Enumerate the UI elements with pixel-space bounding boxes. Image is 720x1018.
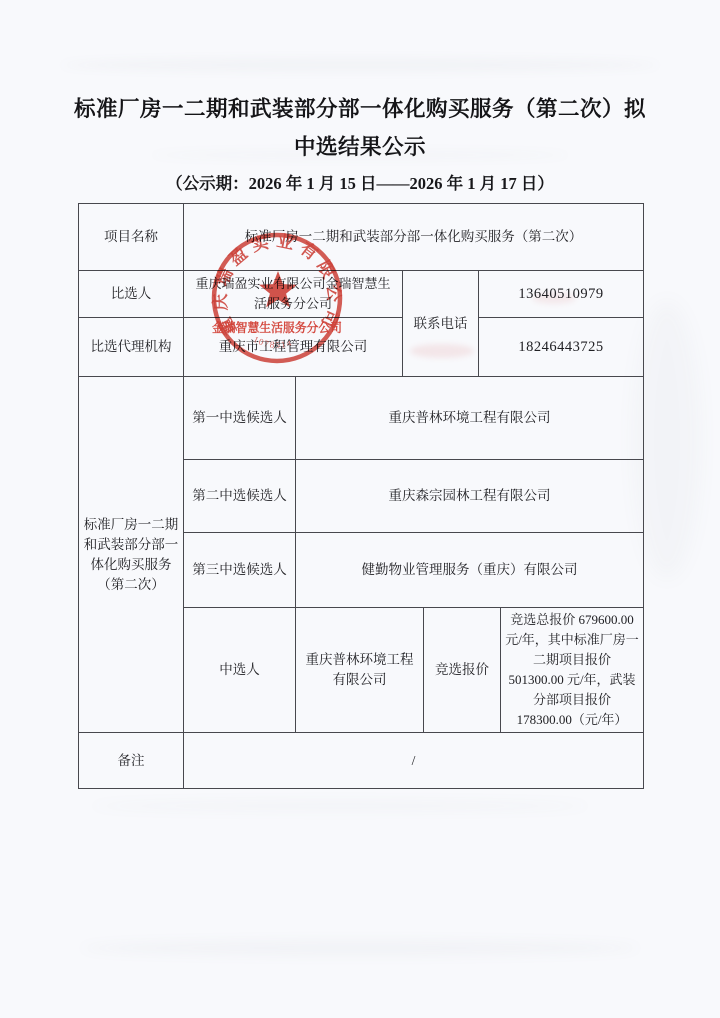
publicity-period: （公示期：2026 年 1 月 15 日——2026 年 1 月 17 日） [0,170,720,194]
agency-phone: 18246443725 [479,318,644,377]
candidate3-value: 健勤物业管理服务（重庆）有限公司 [296,533,644,608]
selector-phone: 13640510979 [479,271,644,318]
winner-value: 重庆普林环境工程 有限公司 [296,608,424,733]
candidate1-label: 第一中选候选人 [184,377,296,460]
scan-smudge [80,940,640,956]
page-title: 标准厂房一二期和武装部分部一体化购买服务（第二次）拟 中选结果公示 [36,90,684,166]
candidate2-value: 重庆森宗园林工程有限公司 [296,460,644,533]
project-name-value: 标准厂房一二期和武装部分部一体化购买服务（第二次） [184,204,644,271]
page-title-line1: 标准厂房一二期和武装部分部一体化购买服务（第二次）拟 [36,90,684,128]
scanned-notice-page: 标准厂房一二期和武装部分部一体化购买服务（第二次）拟 中选结果公示 （公示期：2… [0,0,720,1018]
page-title-line2: 中选结果公示 [36,128,684,166]
result-table: 项目名称 标准厂房一二期和武装部分部一体化购买服务（第二次） 比选人 重庆瑞盈实… [78,203,644,789]
project-group-label: 标准厂房一二期 和武装部分部一 体化购买服务 （第二次） [79,377,184,733]
candidate3-label: 第三中选候选人 [184,533,296,608]
bid-price-detail: 竞选总报价 679600.00元/年，其中标准厂房一二期项目报价 501300.… [501,608,644,733]
selector-value: 重庆瑞盈实业有限公司金瑞智慧生 活服务分公司 [184,271,403,318]
bid-price-label: 竞选报价 [424,608,501,733]
selector-label: 比选人 [79,271,184,318]
agency-label: 比选代理机构 [79,318,184,377]
contact-phone-label: 联系电话 [403,271,479,377]
remark-label: 备注 [79,733,184,789]
project-name-label: 项目名称 [79,204,184,271]
candidate2-label: 第二中选候选人 [184,460,296,533]
scan-smudge [60,58,660,72]
remark-value: / [184,733,644,789]
scan-smudge [90,800,590,812]
agency-value: 重庆市工程管理有限公司 [184,318,403,377]
winner-label: 中选人 [184,608,296,733]
candidate1-value: 重庆普林环境工程有限公司 [296,377,644,460]
